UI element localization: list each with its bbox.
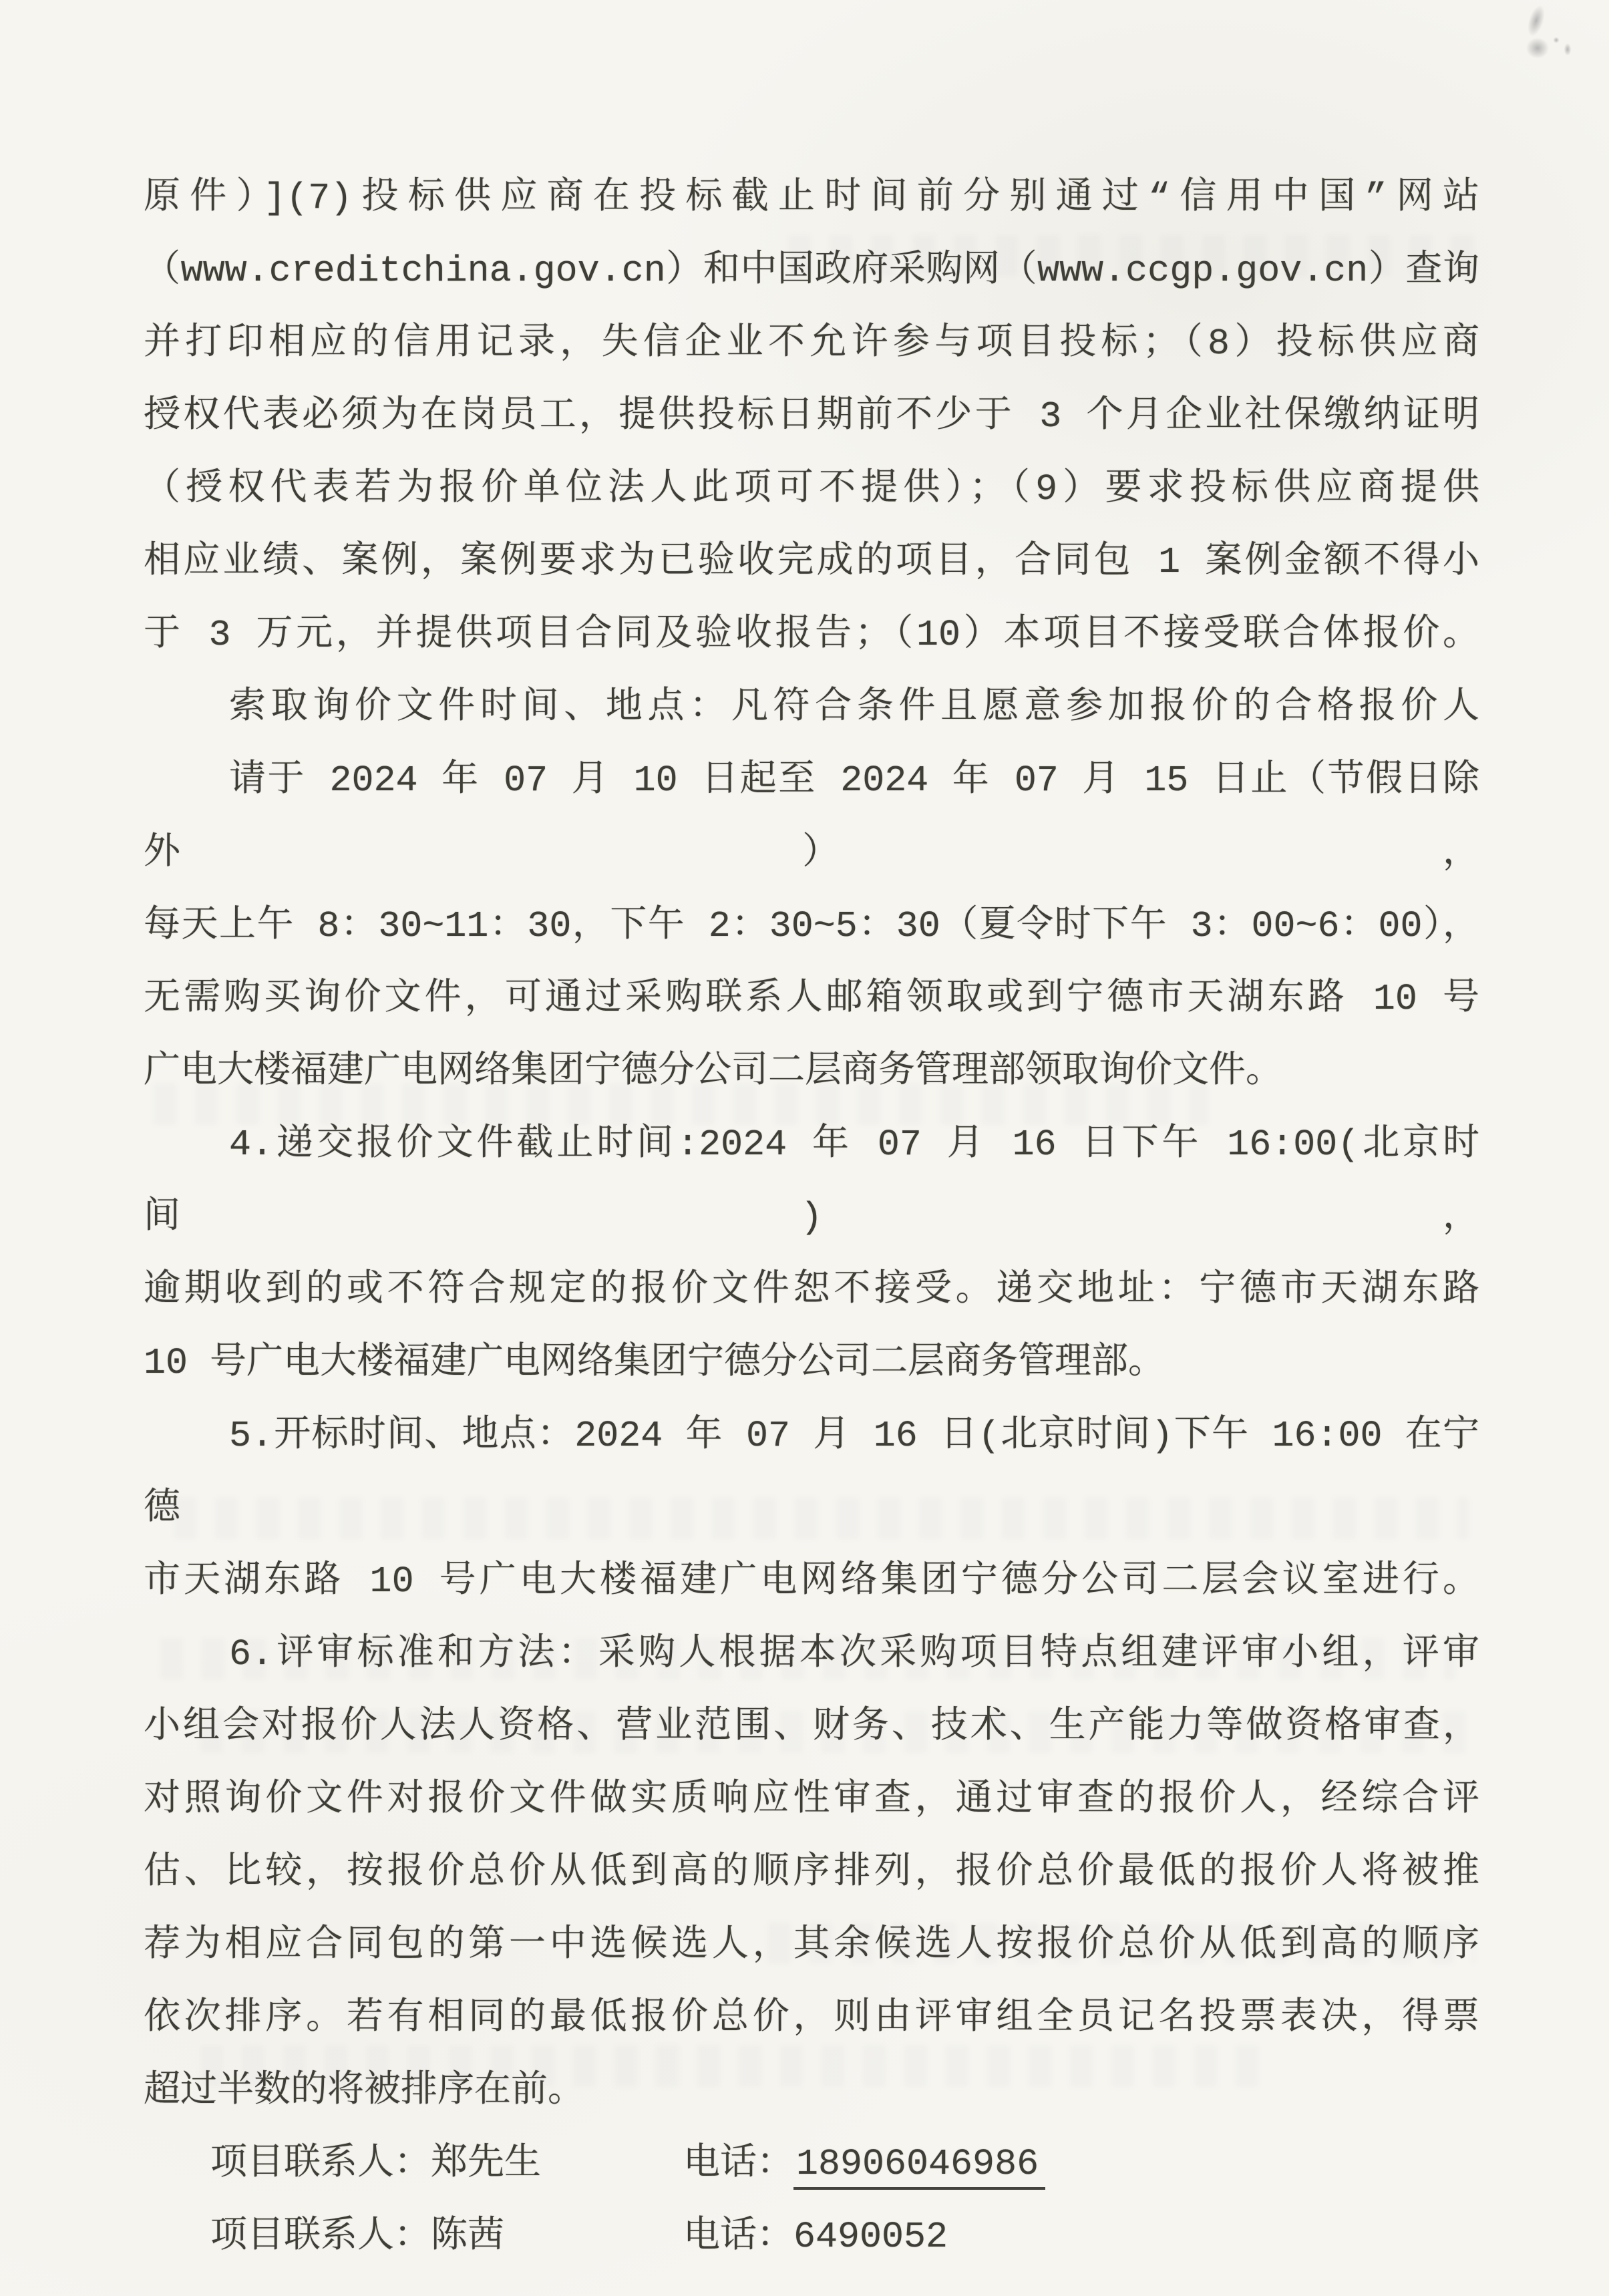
ink-smudge [1563,41,1572,57]
body-line: 请于 2024 年 07 月 10 日起至 2024 年 07 月 15 日止（… [144,744,1479,890]
contact-name: 陈茜 [431,2216,504,2258]
body-line: 每天上午 8：30~11：30，下午 2：30~5：30（夏令时下午 3：00~… [144,890,1479,963]
phone-label: 电话： [683,2216,793,2258]
body-line: 逾期收到的或不符合规定的报价文件恕不接受。递交地址：宁德市天湖东路 [144,1254,1479,1327]
body-line: 于 3 万元，并提供项目合同及验收报告；（10）本项目不接受联合体报价。 [144,599,1479,671]
contact-phone: 6490052 [793,2216,948,2258]
body-line: 小组会对报价人法人资格、营业范围、财务、技术、生产能力等做资格审查， [144,1691,1479,1764]
contact-label: 项目联系人： [210,2216,431,2258]
contact-phone: 18906046986 [793,2144,1045,2190]
contact-row: 项目联系人：郑先生 电话：18906046986 [144,2128,1479,2200]
body-line: 并打印相应的信用记录，失信企业不允许参与项目投标；（8）投标供应商 [144,307,1479,380]
body-line: 依次排序。若有相同的最低报价总价，则由评审组全员记名投票表决，得票 [144,1982,1479,2055]
ink-smudge [1523,35,1552,61]
body-line: 广电大楼福建广电网络集团宁德分公司二层商务管理部领取询价文件。 [144,1035,1479,1108]
body-line: 5.开标时间、地点：2024 年 07 月 16 日(北京时间)下午 16:00… [144,1400,1479,1545]
body-line: 超过半数的将被排序在前。 [144,2055,1479,2128]
body-line: 4.递交报价文件截止时间:2024 年 07 月 16 日下午 16:00(北京… [144,1108,1479,1254]
body-line: 估、比较，按报价总价从低到高的顺序排列，报价总价最低的报价人将被推 [144,1836,1479,1909]
scanned-document-page: 原件）](7)投标供应商在投标截止时间前分别通过“信用中国”网站 （www.cr… [0,0,1609,2296]
body-line: 授权代表必须为在岗员工，提供投标日期前不少于 3 个月企业社保缴纳证明 [144,380,1479,453]
body-line: 10 号广电大楼福建广电网络集团宁德分公司二层商务管理部。 [144,1327,1479,1400]
ink-smudge [1552,36,1560,44]
body-line: （授权代表若为报价单位法人此项可不提供）；（9）要求投标供应商提供 [144,453,1479,526]
contact-label: 项目联系人： [210,2143,431,2185]
body-line: 对照询价文件对报价文件做实质响应性审查，通过审查的报价人，经综合评 [144,1764,1479,1836]
phone-label: 电话： [683,2143,793,2185]
body-line: 原件）](7)投标供应商在投标截止时间前分别通过“信用中国”网站 [144,162,1479,234]
body-line: 相应业绩、案例，案例要求为已验收完成的项目，合同包 1 案例金额不得小 [144,526,1479,599]
body-line: （www.creditchina.gov.cn）和中国政府采购网（www.ccg… [144,234,1479,307]
contact-row: 项目联系人：陈茜 电话：6490052 [144,2200,1479,2273]
body-line: 6.评审标准和方法：采购人根据本次采购项目特点组建评审小组，评审 [144,1618,1479,1691]
body-line: 索取询价文件时间、地点：凡符合条件且愿意参加报价的合格报价人 [144,671,1479,744]
body-line: 无需购买询价文件，可通过采购联系人邮箱领取或到宁德市天湖东路 10 号 [144,963,1479,1035]
body-line: 荐为相应合同包的第一中选候选人，其余候选人按报价总价从低到高的顺序 [144,1909,1479,1982]
body-line: 市天湖东路 10 号广电大楼福建广电网络集团宁德分公司二层会议室进行。 [144,1545,1479,1618]
document-body: 原件）](7)投标供应商在投标截止时间前分别通过“信用中国”网站 （www.cr… [144,162,1479,2273]
contact-name: 郑先生 [431,2143,541,2185]
